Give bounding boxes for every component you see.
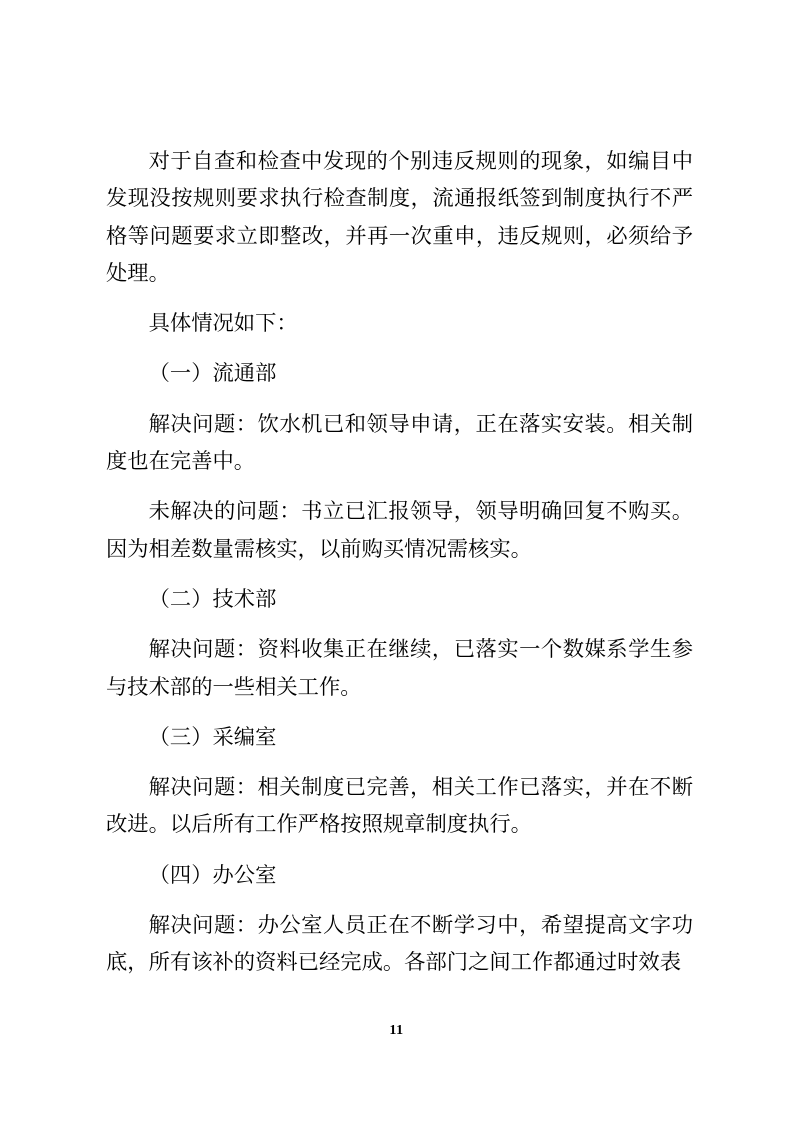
paragraph: （二）技术部 bbox=[106, 581, 693, 618]
document-page: 对于自查和检查中发现的个别违反规则的现象，如编目中发现没按规则要求执行检查制度，… bbox=[0, 0, 793, 1122]
paragraph: 解决问题：资料收集正在继续，已落实一个数媒系学生参与技术部的一些相关工作。 bbox=[106, 631, 693, 706]
paragraph: 解决问题：相关制度已完善，相关工作已落实，并在不断改进。以后所有工作严格按照规章… bbox=[106, 769, 693, 844]
paragraph: 具体情况如下： bbox=[106, 305, 693, 342]
paragraph: 解决问题：办公室人员正在不断学习中，希望提高文字功底，所有该补的资料已经完成。各… bbox=[106, 907, 693, 982]
paragraph: 解决问题：饮水机已和领导申请，正在落实安装。相关制度也在完善中。 bbox=[106, 406, 693, 481]
document-body: 对于自查和检查中发现的个别违反规则的现象，如编目中发现没按规则要求执行检查制度，… bbox=[106, 143, 693, 982]
paragraph: 对于自查和检查中发现的个别违反规则的现象，如编目中发现没按规则要求执行检查制度，… bbox=[106, 143, 693, 292]
page-number: 11 bbox=[389, 1023, 403, 1038]
page-footer: 11 bbox=[0, 1021, 793, 1039]
paragraph: 未解决的问题：书立已汇报领导，领导明确回复不购买。因为相差数量需核实，以前购买情… bbox=[106, 493, 693, 568]
paragraph: （一）流通部 bbox=[106, 355, 693, 392]
paragraph: （三）采编室 bbox=[106, 719, 693, 756]
paragraph: （四）办公室 bbox=[106, 857, 693, 894]
